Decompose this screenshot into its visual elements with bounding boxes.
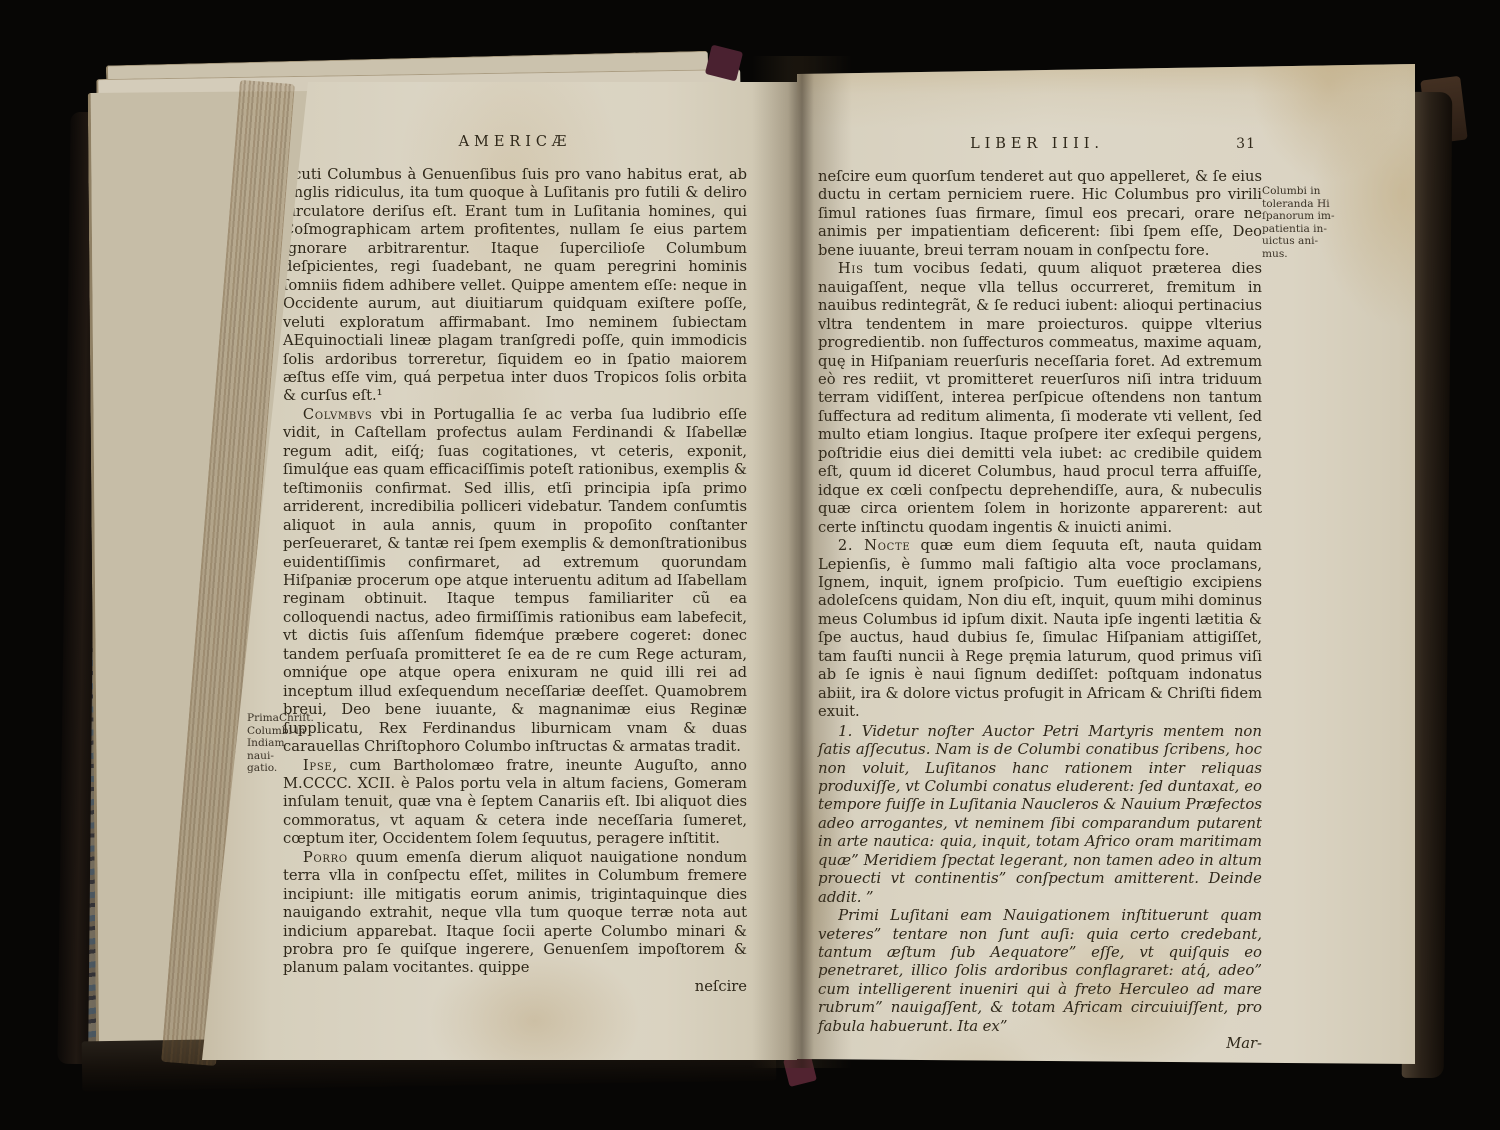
- paragraph-lead-word: Porro: [303, 849, 348, 866]
- page-number: 31: [1200, 136, 1262, 152]
- catchword: Mar-: [818, 1035, 1262, 1053]
- paragraph-text: vbi in Portugallia ſe ac verba ſua ludib…: [283, 406, 747, 755]
- running-header: LIBER IIII.: [874, 136, 1200, 152]
- photo-canvas: { "left_page": { "number": "30", "header…: [0, 0, 1500, 1130]
- catchword: neſcire: [283, 978, 747, 996]
- running-header: AMERICÆ: [339, 134, 691, 150]
- commentary-paragraph: Primi Luſitani eam Nauigationem inſtitue…: [818, 906, 1262, 1035]
- body-paragraph: 2. Nocte quæ eum diem ſequuta eſt, nauta…: [818, 537, 1262, 722]
- margin-note-line: mus.: [1262, 248, 1338, 261]
- left-text-column: 30 AMERICÆ ſicuti Columbus à Genuenſibus…: [283, 134, 747, 996]
- paragraph-text: quæ eum diem ſequuta eſt, nauta quidam L…: [818, 537, 1262, 720]
- margin-note-line: patientia in-: [1262, 223, 1338, 236]
- paragraph-lead-word: His: [838, 260, 864, 277]
- left-page-header-row: 30 AMERICÆ: [283, 134, 747, 160]
- margin-note-line: toleranda Hi: [1262, 198, 1338, 211]
- margin-note-line: Columbi in: [1262, 185, 1338, 198]
- body-paragraph: neſcire eum quorſum tenderet aut quo app…: [818, 168, 1262, 260]
- body-paragraph: ſicuti Columbus à Genuenſibus ſuis pro v…: [283, 166, 747, 406]
- body-paragraph: Colvmbvs vbi in Portugallia ſe ac verba …: [283, 406, 747, 757]
- body-paragraph: Porro quum emenſa dierum aliquot nauigat…: [283, 849, 747, 978]
- paragraph-text: tum vocibus ſedati, quum aliquot prætere…: [818, 260, 1262, 535]
- margin-note-right: Columbi in toleranda Hi ſpanorum im- pat…: [1262, 185, 1338, 261]
- right-page-header-row: LIBER IIII. 31: [818, 136, 1262, 162]
- margin-note-line: uictus ani-: [1262, 235, 1338, 248]
- paragraph-lead-word: 2. Nocte: [838, 537, 911, 554]
- margin-note-line: ſpanorum im-: [1262, 210, 1338, 223]
- right-page: Columbi in toleranda Hi ſpanorum im- pat…: [797, 64, 1415, 1064]
- right-text-column: LIBER IIII. 31 neſcire eum quorſum tende…: [818, 136, 1262, 1054]
- paragraph-text: , cum Bartholomæo fratre, ineunte Auguſt…: [283, 757, 747, 848]
- paragraph-lead-word: Ipse: [303, 757, 333, 774]
- paragraph-text: quum emenſa dierum aliquot nauigatione n…: [283, 849, 747, 977]
- paragraph-lead-word: Colvmbvs: [303, 406, 373, 423]
- body-paragraph: Ipse, cum Bartholomæo fratre, ineunte Au…: [283, 757, 747, 849]
- commentary-paragraph: 1. Videtur noſter Auctor Petri Martyris …: [818, 722, 1262, 907]
- body-paragraph: His tum vocibus ſedati, quum aliquot præ…: [818, 260, 1262, 537]
